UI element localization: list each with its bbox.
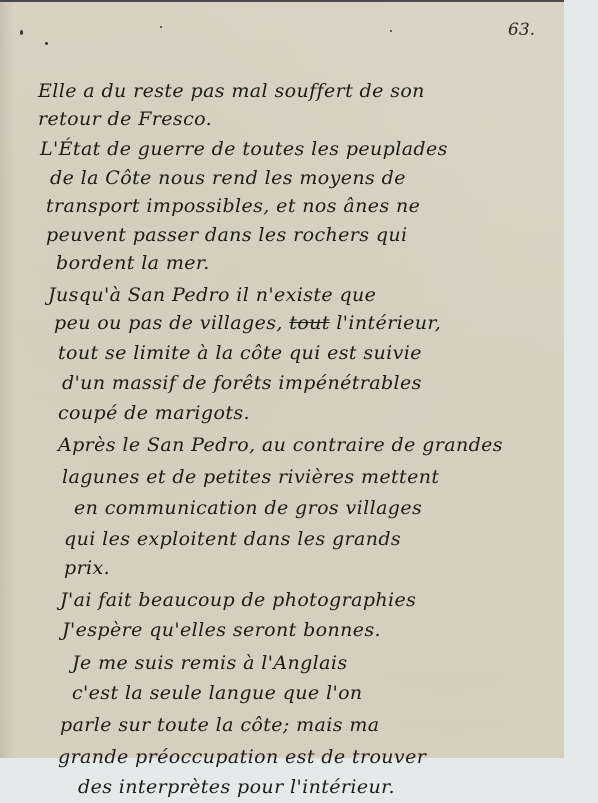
handwritten-line: tout se limite à la côte qui est suivie <box>58 342 422 364</box>
handwritten-line: de la Côte nous rend les moyens de <box>50 167 406 189</box>
handwritten-line: qui les exploitent dans les grands <box>64 528 401 550</box>
handwritten-line: coupé de marigots. <box>58 402 250 424</box>
line-text: Après le San Pedro, au contraire de gran… <box>58 434 503 456</box>
handwritten-line: J'ai fait beaucoup de photographies <box>60 589 416 611</box>
handwritten-line: Je me suis remis à l'Anglais <box>72 652 347 674</box>
line-text: d'un massif de forêts impénétrables <box>62 372 422 394</box>
line-text: bordent la mer. <box>56 252 210 274</box>
handwritten-line: c'est la seule langue que l'on <box>72 682 363 704</box>
line-text: coupé de marigots. <box>58 402 250 424</box>
line-text: de la Côte nous rend les moyens de <box>50 167 406 189</box>
handwritten-line: prix. <box>64 557 110 579</box>
line-text-continued: l'intérieur, <box>330 312 441 334</box>
line-text: J'espère qu'elles seront bonnes. <box>62 619 381 641</box>
line-text: Je me suis remis à l'Anglais <box>72 652 347 674</box>
line-text: lagunes et de petites rivières mettent <box>62 466 439 488</box>
ink-speck <box>160 26 162 28</box>
paper-edge-shading <box>0 2 14 758</box>
line-text: tout se limite à la côte qui est suivie <box>58 342 422 364</box>
handwritten-line: L'État de guerre de toutes les peuplades <box>40 138 448 160</box>
ink-speck <box>20 30 23 35</box>
line-text: grande préoccupation est de trouver <box>58 746 426 768</box>
handwritten-line: grande préoccupation est de trouver <box>58 746 426 768</box>
page-number: 63. <box>508 20 535 40</box>
handwritten-line: d'un massif de forêts impénétrables <box>62 372 422 394</box>
line-text: c'est la seule langue que l'on <box>72 682 363 704</box>
line-text: qui les exploitent dans les grands <box>64 528 401 550</box>
handwritten-line: transport impossibles, et nos ânes ne <box>46 195 420 217</box>
handwritten-line: Après le San Pedro, au contraire de gran… <box>58 434 503 456</box>
handwritten-line: des interprètes pour l'intérieur. <box>78 776 395 798</box>
handwritten-line: Elle a du reste pas mal souffert de son <box>38 80 425 102</box>
line-text: J'ai fait beaucoup de photographies <box>60 589 416 611</box>
line-text: prix. <box>64 557 110 579</box>
handwritten-line: lagunes et de petites rivières mettent <box>62 466 439 488</box>
line-text: transport impossibles, et nos ânes ne <box>46 195 420 217</box>
handwritten-line: bordent la mer. <box>56 252 210 274</box>
line-text: peuvent passer dans les rochers qui <box>46 224 408 246</box>
handwritten-line: parle sur toute la côte; mais ma <box>60 714 379 736</box>
line-text: peu ou pas de villages, <box>54 312 283 334</box>
line-text: en communication de gros villages <box>74 497 422 519</box>
struck-word: tout <box>289 312 330 334</box>
handwritten-line: peuvent passer dans les rochers qui <box>46 224 408 246</box>
handwritten-line: peu ou pas de villages, tout l'intérieur… <box>54 312 441 334</box>
line-text: retour de Fresco. <box>38 108 212 130</box>
ink-speck <box>45 42 48 45</box>
line-text: Jusqu'à San Pedro il n'existe que <box>48 284 376 306</box>
handwritten-line: en communication de gros villages <box>74 497 422 519</box>
ink-speck <box>390 30 392 32</box>
line-text: L'État de guerre de toutes les peuplades <box>40 138 448 160</box>
handwritten-line: Jusqu'à San Pedro il n'existe que <box>48 284 376 306</box>
line-text: parle sur toute la côte; mais ma <box>60 714 379 736</box>
handwritten-line: retour de Fresco. <box>38 108 212 130</box>
handwritten-line: J'espère qu'elles seront bonnes. <box>62 619 381 641</box>
line-text: Elle a du reste pas mal souffert de son <box>38 80 425 102</box>
line-text: des interprètes pour l'intérieur. <box>78 776 395 798</box>
letter-page: 63. Elle a du reste pas mal souffert de … <box>0 0 564 758</box>
